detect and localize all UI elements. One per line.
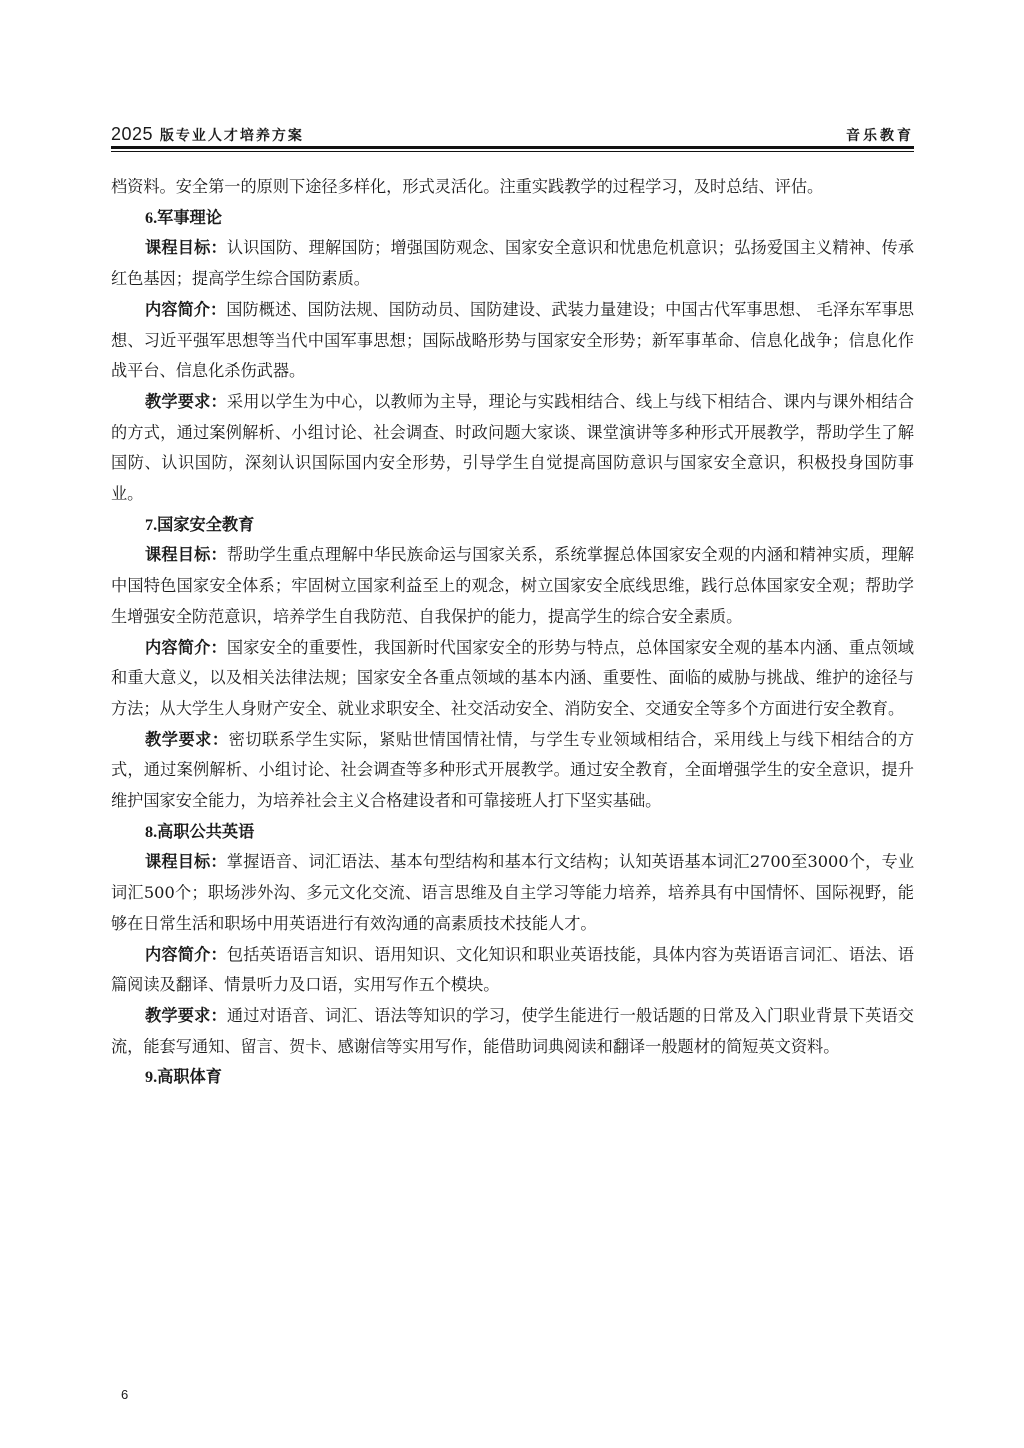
document-title: 2025 版专业人才培养方案 (111, 124, 304, 145)
header-rule-thick (111, 146, 914, 149)
objective-label: 课程目标： (145, 238, 227, 257)
requirement-label: 教学要求： (145, 730, 229, 749)
requirement-text: 通过对语音、词汇、语法等知识的学习，使学生能进行一般话题的日常及入门职业背景下英… (111, 1006, 914, 1056)
content-text: 国防概述、国防法规、国防动员、国防建设、武装力量建设；中国古代军事思想、 毛泽东… (111, 300, 914, 380)
objective-label: 课程目标： (145, 545, 227, 564)
course-objective: 课程目标：掌握语音、词汇语法、基本句型结构和基本行文结构；认知英语基本词汇270… (111, 847, 914, 939)
content-text: 包括英语语言知识、语用知识、文化知识和职业英语技能，具体内容为英语语言词汇、语法… (111, 945, 914, 995)
section-heading-physical-education: 9.高职体育 (111, 1062, 914, 1093)
section-heading-public-english: 8.高职公共英语 (111, 817, 914, 848)
header-year: 2025 (111, 124, 153, 144)
page-header: 2025 版专业人才培养方案 音乐教育 (111, 124, 914, 154)
header-title: 版专业人才培养方案 (153, 128, 304, 144)
document-body: 档资料。安全第一的原则下途径多样化，形式灵活化。注重实践教学的过程学习，及时总结… (111, 172, 914, 1093)
content-label: 内容简介： (145, 945, 227, 964)
objective-text: 认识国防、理解国防；增强国防观念、国家安全意识和忧患危机意识；弘扬爱国主义精神、… (111, 238, 914, 288)
content-intro: 内容简介：国家安全的重要性，我国新时代国家安全的形势与特点，总体国家安全观的基本… (111, 633, 914, 725)
teaching-requirement: 教学要求：通过对语音、词汇、语法等知识的学习，使学生能进行一般话题的日常及入门职… (111, 1001, 914, 1062)
objective-text: 掌握语音、词汇语法、基本句型结构和基本行文结构；认知英语基本词汇2700至300… (111, 852, 914, 932)
requirement-label: 教学要求： (145, 392, 227, 411)
course-objective: 课程目标：认识国防、理解国防；增强国防观念、国家安全意识和忧患危机意识；弘扬爱国… (111, 233, 914, 294)
section-heading-military-theory: 6.军事理论 (111, 203, 914, 234)
content-text: 国家安全的重要性，我国新时代国家安全的形势与特点，总体国家安全观的基本内涵、重点… (111, 638, 914, 718)
content-label: 内容简介： (145, 300, 226, 319)
section-heading-national-security: 7.国家安全教育 (111, 510, 914, 541)
requirement-text: 密切联系学生实际，紧贴世情国情社情，与学生专业领域相结合，采用线上与线下相结合的… (111, 730, 914, 810)
continuation-paragraph: 档资料。安全第一的原则下途径多样化，形式灵活化。注重实践教学的过程学习，及时总结… (111, 172, 914, 203)
requirement-text: 采用以学生为中心，以教师为主导，理论与实践相结合、线上与线下相结合、课内与课外相… (111, 392, 914, 503)
teaching-requirement: 教学要求：密切联系学生实际，紧贴世情国情社情，与学生专业领域相结合，采用线上与线… (111, 725, 914, 817)
requirement-label: 教学要求： (145, 1006, 227, 1025)
header-department: 音乐教育 (846, 125, 914, 145)
content-label: 内容简介： (145, 638, 227, 657)
objective-text: 帮助学生重点理解中华民族命运与国家关系，系统掌握总体国家安全观的内涵和精神实质，… (111, 545, 914, 625)
page-number: 6 (121, 1387, 128, 1402)
objective-label: 课程目标： (145, 852, 227, 871)
teaching-requirement: 教学要求：采用以学生为中心，以教师为主导，理论与实践相结合、线上与线下相结合、课… (111, 387, 914, 510)
course-objective: 课程目标：帮助学生重点理解中华民族命运与国家关系，系统掌握总体国家安全观的内涵和… (111, 540, 914, 632)
content-intro: 内容简介：包括英语语言知识、语用知识、文化知识和职业英语技能，具体内容为英语语言… (111, 940, 914, 1001)
header-rule-thin (111, 151, 914, 152)
content-intro: 内容简介：国防概述、国防法规、国防动员、国防建设、武装力量建设；中国古代军事思想… (111, 295, 914, 387)
